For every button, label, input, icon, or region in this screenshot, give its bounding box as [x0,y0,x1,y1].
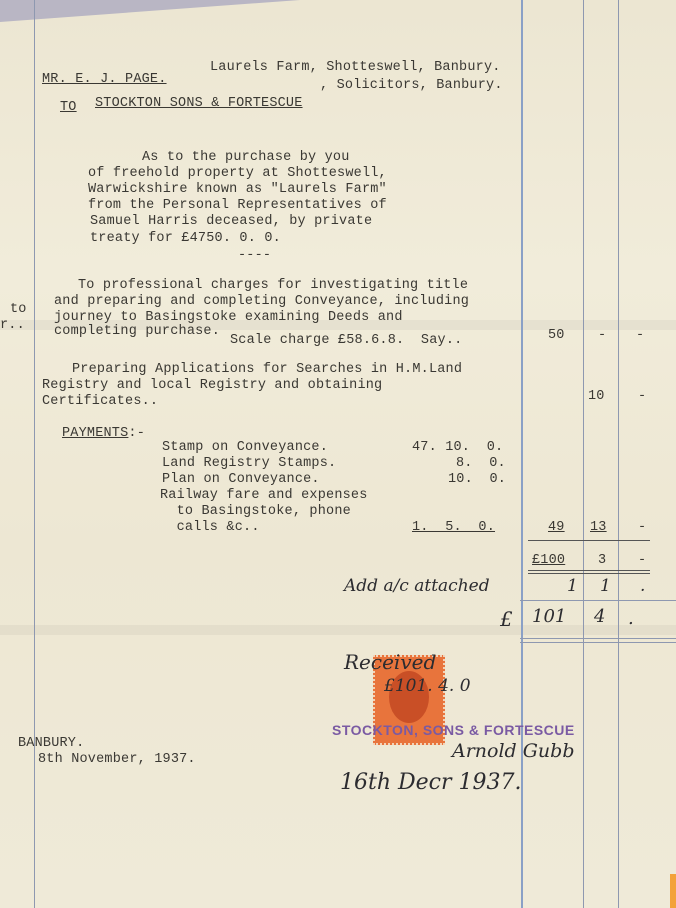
amount-shillings: - [598,328,606,343]
amount-pence: - [638,389,646,404]
total-pence: - [638,553,646,568]
total-double-rule [528,570,650,571]
item-line: Registry and local Registry and obtainin… [42,378,382,393]
received-note: Received [344,650,436,674]
pence-column-rule [618,0,619,908]
preamble-line: treaty for £4750. 0. 0. [90,231,281,246]
firm-name: STOCKTON SONS & FORTESCUE [95,96,303,111]
subtotal-pounds: 49 [548,520,565,535]
amount-shillings: 10 [588,389,605,404]
preamble-line: from the Personal Representatives of [88,198,387,213]
addition-rule [520,600,676,601]
item-line: To professional charges for investigatin… [78,278,468,293]
payment-desc: Plan on Conveyance. [162,472,320,487]
payment-desc: calls &c.. [160,520,260,535]
photo-corner-shadow [0,0,300,22]
footer-place: BANBURY. [18,736,84,751]
amount-pence: - [636,328,644,343]
subtotal-shillings: 13 [590,520,607,535]
footer-date: 8th November, 1937. [38,752,196,767]
preamble-line: Warwickshire known as "Laurels Farm" [88,182,387,197]
orange-edge [670,874,676,908]
item-line: completing purchase. [54,324,220,339]
payment-amount: 1. 5. 0. [412,520,495,535]
payments-title-suffix: :- [128,426,145,441]
payment-amount: 10. 0. [448,472,506,487]
client-address: Laurels Farm, Shotteswell, Banbury. [210,60,501,75]
grand-total-shillings: 4 [594,606,605,627]
receipt-date: 16th Decr 1937. [340,770,521,795]
preamble-line: As to the purchase by you [142,150,350,165]
item-line: Preparing Applications for Searches in H… [72,362,462,377]
payment-amount: 8. 0. [456,456,506,471]
item-line: and preparing and completing Conveyance,… [54,294,469,309]
margin-note: to [10,302,27,317]
client-name: MR. E. J. PAGE. [42,72,167,87]
addition-shillings: 1 [600,576,611,596]
separator: ---- [238,248,271,263]
received-amount: £101. 4. 0 [384,676,471,696]
item-line: Certificates.. [42,394,158,409]
payment-desc: Railway fare and expenses [160,488,368,503]
margin-note: r.. [0,318,25,333]
grand-total-rule [520,638,676,639]
firm-rubber-stamp: STOCKTON, SONS & FORTESCUE [332,722,575,738]
payment-desc: Land Registry Stamps. [162,456,336,471]
payment-desc: Stamp on Conveyance. [162,440,328,455]
shillings-column-rule [583,0,584,908]
payments-title: PAYMENTS [62,426,128,441]
payment-desc: to Basingstoke, phone [160,504,351,519]
subtotal-pence: - [638,520,646,535]
total-shillings: 3 [598,553,606,568]
amount-pounds: 50 [548,328,565,343]
to-label: TO [60,100,77,115]
signature: Arnold Gubb [452,740,575,762]
total-double-rule [528,573,650,574]
total-rule [528,540,650,541]
preamble-line: Samuel Harris deceased, by private [90,214,372,229]
addition-label: Add a/c attached [344,576,490,596]
payment-amount: 47. 10. 0. [412,440,503,455]
grand-total-rule [520,642,676,643]
total-pounds: £100 [532,553,565,568]
preamble-line: of freehold property at Shotteswell, [88,166,387,181]
scale-charge: Scale charge £58.6.8. Say.. [230,333,462,348]
grand-total-pounds: 101 [532,606,566,627]
paper-fold [0,625,676,635]
addition-pounds: 1 [567,576,578,596]
grand-total-pence: . [628,608,634,629]
margin-rule [34,0,35,908]
grand-total-symbol: £ [500,607,513,631]
addition-pence: . [640,576,645,596]
firm-suffix: , Solicitors, Banbury. [320,78,503,93]
item-line: journey to Basingstoke examining Deeds a… [54,310,403,325]
